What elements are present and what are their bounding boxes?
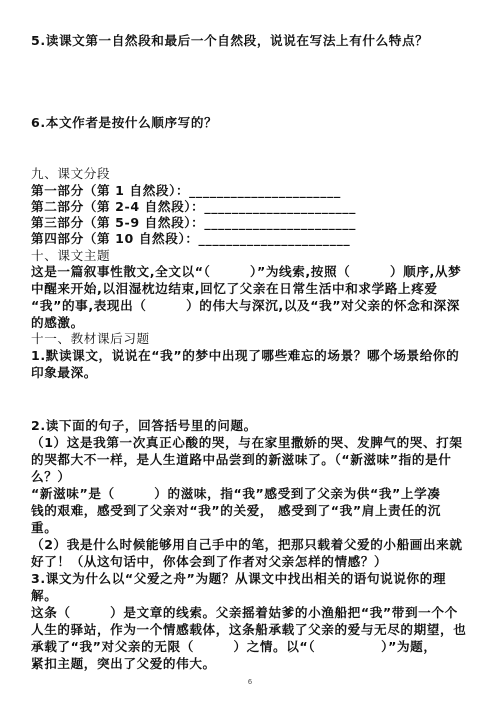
- theme-line: 中醒来开始,以泪湿枕边结束,回忆了父亲在日常生活中和求学路上疼爱: [31, 281, 438, 297]
- exercise-1-line: 1.默读课文，说说在“我”的梦中出现了哪些难忘的场景？哪个场景给你的: [31, 348, 459, 364]
- theme-line: 的感激。: [31, 315, 84, 331]
- exercise-3-line: 解。: [31, 588, 57, 604]
- exercise-3-line: 3.课文为什么以“父爱之舟”为题？从课文中找出相关的语句说说你的理: [31, 571, 446, 587]
- document-page: 5.读课文第一自然段和最后一个自然段，说说在写法上有什么特点？ 6.本文作者是按…: [0, 0, 500, 706]
- exercise-2-line: 好了！（从这句话中，你体会到了作者对父亲怎样的情感？）: [31, 554, 387, 570]
- exercise-3-line: 紧扣主题，突出了父爱的伟大。: [31, 656, 216, 672]
- exercise-2-line: 2.读下面的句子，回答括号里的问题。: [31, 418, 257, 434]
- section-9-title: 九、课文分段: [31, 166, 110, 182]
- theme-line: 这是一篇叙事性散文,全文以“（ ）”为线索,按照（ ）顺序,从梦: [31, 264, 461, 280]
- exercise-3-line: 承载了“我”对父亲的无限（ ）之情。以“（ ）”为题，: [31, 639, 437, 655]
- page-number: 6: [0, 678, 500, 686]
- exercise-2-line: （2）我是什么时候能够用自己手中的笔，把那只载着父爱的小船画出来就: [31, 537, 463, 553]
- exercise-3-line: 人生的驿站，作为一个情感载体，这条船承载了父亲的爱与无尽的期望，也: [31, 622, 466, 638]
- section-11-title: 十一、教材课后习题: [31, 331, 150, 347]
- part-3: 第三部分（第 5-9 自然段）：______________________: [31, 215, 356, 231]
- section-10-title: 十、课文主题: [31, 248, 110, 264]
- exercise-2-line: （1）这是我第一次真正心酸的哭，与在家里撒娇的哭、发脾气的哭、打架: [31, 435, 463, 451]
- exercise-3-line: 这条（ ）是文章的线索。父亲摇着姑爹的小渔船把“我”带到一个个: [31, 605, 458, 621]
- exercise-1-line: 印象最深。: [31, 365, 97, 381]
- part-2: 第二部分（第 2-4 自然段）：______________________: [31, 199, 356, 215]
- exercise-2-line: “新滋味”是（ ）的滋味，指“我”感受到了父亲为供“我”上学凑: [31, 486, 441, 502]
- exercise-2-line: 么？）: [31, 469, 71, 485]
- question-6: 6.本文作者是按什么顺序写的？: [31, 115, 217, 131]
- theme-line: “我”的事,表现出（ ）的伟大与深沉,以及“我”对父亲的怀念和深深: [31, 298, 460, 314]
- part-4: 第四部分（第 10 自然段）：______________________: [31, 231, 350, 247]
- question-5: 5.读课文第一自然段和最后一个自然段，说说在写法上有什么特点？: [31, 33, 428, 49]
- part-1: 第一部分（第 1 自然段）：______________________: [31, 183, 341, 199]
- exercise-2-line: 的哭都大不一样，是人生道路中品尝到的新滋味了。（“新滋味”指的是什: [31, 452, 451, 468]
- exercise-2-line: 钱的艰难，感受到了父亲对“我”的关爱， 感受到了“我”肩上责任的沉: [31, 503, 441, 519]
- exercise-2-line: 重。: [31, 520, 57, 536]
